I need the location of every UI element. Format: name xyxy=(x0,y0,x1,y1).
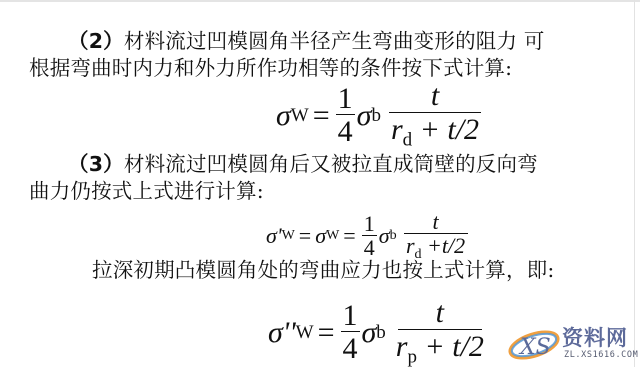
eq3-coefficient: 1 4 xyxy=(341,300,360,366)
eq2-fraction: t rd +t/2 xyxy=(404,210,468,262)
eq3-r: r xyxy=(396,330,408,363)
eq1-equals: = xyxy=(313,99,330,133)
equation-2: σ' W = σ W = 1 4 σ b t rd +t/2 xyxy=(266,210,470,262)
right-border xyxy=(634,0,635,367)
eq3-den-rest: + t/2 xyxy=(424,330,483,363)
eq2-equals-2: = xyxy=(343,223,355,249)
eq3-frac-den: rp + t/2 xyxy=(394,330,486,367)
eq1-lhs-sub: W xyxy=(291,105,309,127)
eq1-coefficient: 1 4 xyxy=(336,83,355,149)
watermark-logo: XS 资料网 ZL.XS1616.COM xyxy=(506,322,638,366)
equation-1: σ W = 1 4 σ b t rd + t/2 xyxy=(276,80,483,151)
section-2-line-1: （2）材料流过凹模圆角半径产生弯曲变形的阻力 可 xyxy=(68,28,545,54)
eq3-sigma-b: σ xyxy=(362,316,377,350)
section-3-text: 材料流过凹模圆角后又被拉直成筒壁的反向弯 xyxy=(124,152,538,176)
eq1-r-sub: d xyxy=(403,129,413,150)
eq3-lhs-sub: W xyxy=(296,322,314,344)
eq3-fraction: t rp + t/2 xyxy=(394,297,486,367)
eq2-frac-num: t xyxy=(404,210,468,234)
eq3-sigma-sub: b xyxy=(376,322,386,344)
eq2-coef-num: 1 xyxy=(362,212,377,236)
eq1-fraction: t rd + t/2 xyxy=(389,80,481,151)
svg-text:XS: XS xyxy=(518,335,551,360)
eq2-sigma-b: σ xyxy=(379,223,390,249)
watermark-title: 资料网 xyxy=(562,322,628,352)
eq3-coef-num: 1 xyxy=(341,300,360,333)
eq1-sigma-b: σ xyxy=(357,99,372,133)
section-2-text: 材料流过凹模圆角半径产生弯曲变形的阻力 可 xyxy=(124,29,545,53)
eq1-frac-den: rd + t/2 xyxy=(389,113,481,152)
eq2-r: r xyxy=(406,233,415,258)
eq2-mid-sub: W xyxy=(326,228,339,244)
eq2-mid-sigma: σ xyxy=(315,223,326,249)
eq1-coef-den: 4 xyxy=(336,115,355,148)
eq3-frac-num: t xyxy=(398,297,482,330)
section-2-line-2: 根据弯曲时内力和外力所作功相等的条件按下式计算: xyxy=(29,55,512,81)
eq2-coefficient: 1 4 xyxy=(362,212,377,260)
eq3-lhs-sigma-double-prime: σ'' xyxy=(268,316,296,350)
eq2-sigma-sub: b xyxy=(390,228,397,244)
eq3-coef-den: 4 xyxy=(341,332,360,365)
section-3-number: （3） xyxy=(68,152,124,176)
eq3-equals: = xyxy=(318,316,335,350)
eq3-r-sub: p xyxy=(407,346,417,367)
top-border xyxy=(0,0,640,2)
section-3-line-1: （3）材料流过凹模圆角后又被拉直成筒壁的反向弯 xyxy=(68,151,538,177)
eq2-lhs-sub: W xyxy=(282,228,295,244)
eq2-den-rest: +t/2 xyxy=(427,233,465,258)
eq1-r: r xyxy=(391,113,403,146)
eq1-sigma-sub: b xyxy=(371,105,381,127)
eq1-den-rest: + t/2 xyxy=(420,113,479,146)
section-4-line-1: 拉深初期凸模圆角处的弯曲应力也按上式计算，即: xyxy=(92,257,555,283)
eq1-lhs-sigma: σ xyxy=(276,99,291,133)
eq2-lhs-sigma-prime: σ' xyxy=(266,223,282,249)
eq2-equals-1: = xyxy=(299,223,311,249)
section-3-line-2: 曲力仍按式上式进行计算: xyxy=(29,178,264,204)
xs-logo-icon: XS xyxy=(506,324,562,364)
watermark-url: ZL.XS1616.COM xyxy=(564,350,638,360)
eq1-frac-num: t xyxy=(389,80,481,113)
eq1-coef-num: 1 xyxy=(336,83,355,116)
equation-3: σ'' W = 1 4 σ b t rp + t/2 xyxy=(268,297,488,367)
section-2-number: （2） xyxy=(68,29,124,53)
